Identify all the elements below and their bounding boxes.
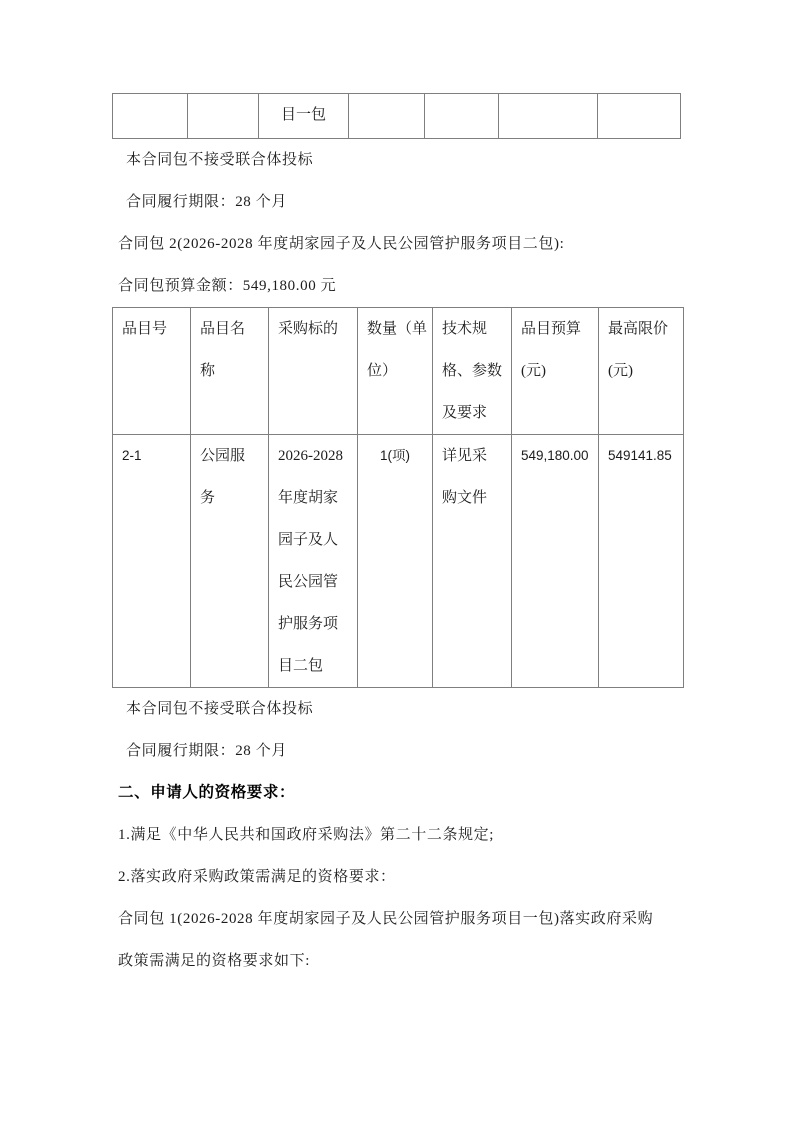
paragraph-qualification-item2: 2.落实政府采购政策需满足的资格要求： xyxy=(118,856,685,898)
continued-table: 目一包 xyxy=(112,93,681,139)
header-item-no: 品目号 xyxy=(113,308,191,435)
cell-item-name: 公园服 务 xyxy=(191,435,269,688)
table-cell xyxy=(499,94,598,139)
document-page: 目一包 本合同包不接受联合体投标 合同履行期限：28 个月 合同包 2(2026… xyxy=(0,0,793,1122)
header-quantity: 数量（单 位） xyxy=(358,308,433,435)
cell-max-price: 549141.85 xyxy=(599,435,684,688)
header-procurement-target: 采购标的 xyxy=(269,308,358,435)
cell-tech-spec: 详见采 购文件 xyxy=(433,435,512,688)
paragraph-package2-title: 合同包 2(2026-2028 年度胡家园子及人民公园管护服务项目二包): xyxy=(118,223,685,265)
section-heading-applicant-qualifications: 二、申请人的资格要求： xyxy=(118,772,685,814)
cell-item-no: 2-1 xyxy=(113,435,191,688)
table-cell xyxy=(349,94,425,139)
table-header-row: 品目号 品目名 称 采购标的 数量（单 位） 技术规 格、参数 及要求 品目预算… xyxy=(113,308,684,435)
paragraph-contract-duration-pkg2: 合同履行期限：28 个月 xyxy=(126,730,685,772)
paragraph-package2-budget: 合同包预算金额：549,180.00 元 xyxy=(118,265,685,307)
header-max-price: 最高限价 (元) xyxy=(599,308,684,435)
cell-item-budget: 549,180.00 xyxy=(512,435,599,688)
paragraph-contract-duration-pkg1: 合同履行期限：28 个月 xyxy=(126,181,685,223)
table-row: 2-1 公园服 务 2026-2028 年度胡家 园子及人 民公园管 护服务项 … xyxy=(113,435,684,688)
table-cell xyxy=(598,94,681,139)
header-item-name: 品目名 称 xyxy=(191,308,269,435)
paragraph-qualification-item1: 1.满足《中华人民共和国政府采购法》第二十二条规定; xyxy=(118,814,685,856)
table-cell-procurement-target-continued: 目一包 xyxy=(259,94,349,139)
cell-procurement-target: 2026-2028 年度胡家 园子及人 民公园管 护服务项 目二包 xyxy=(269,435,358,688)
table-cell xyxy=(425,94,499,139)
paragraph-no-consortium-pkg2: 本合同包不接受联合体投标 xyxy=(126,688,685,730)
items-table: 品目号 品目名 称 采购标的 数量（单 位） 技术规 格、参数 及要求 品目预算… xyxy=(112,307,684,688)
header-tech-spec: 技术规 格、参数 及要求 xyxy=(433,308,512,435)
table-cell xyxy=(113,94,188,139)
paragraph-no-consortium-pkg1: 本合同包不接受联合体投标 xyxy=(126,139,685,181)
cell-quantity: 1(项) xyxy=(358,435,433,688)
table-cell xyxy=(188,94,259,139)
header-item-budget: 品目预算 (元) xyxy=(512,308,599,435)
paragraph-package1-policy-requirements: 合同包 1(2026-2028 年度胡家园子及人民公园管护服务项目一包)落实政府… xyxy=(118,898,685,982)
table-row: 目一包 xyxy=(113,94,681,139)
